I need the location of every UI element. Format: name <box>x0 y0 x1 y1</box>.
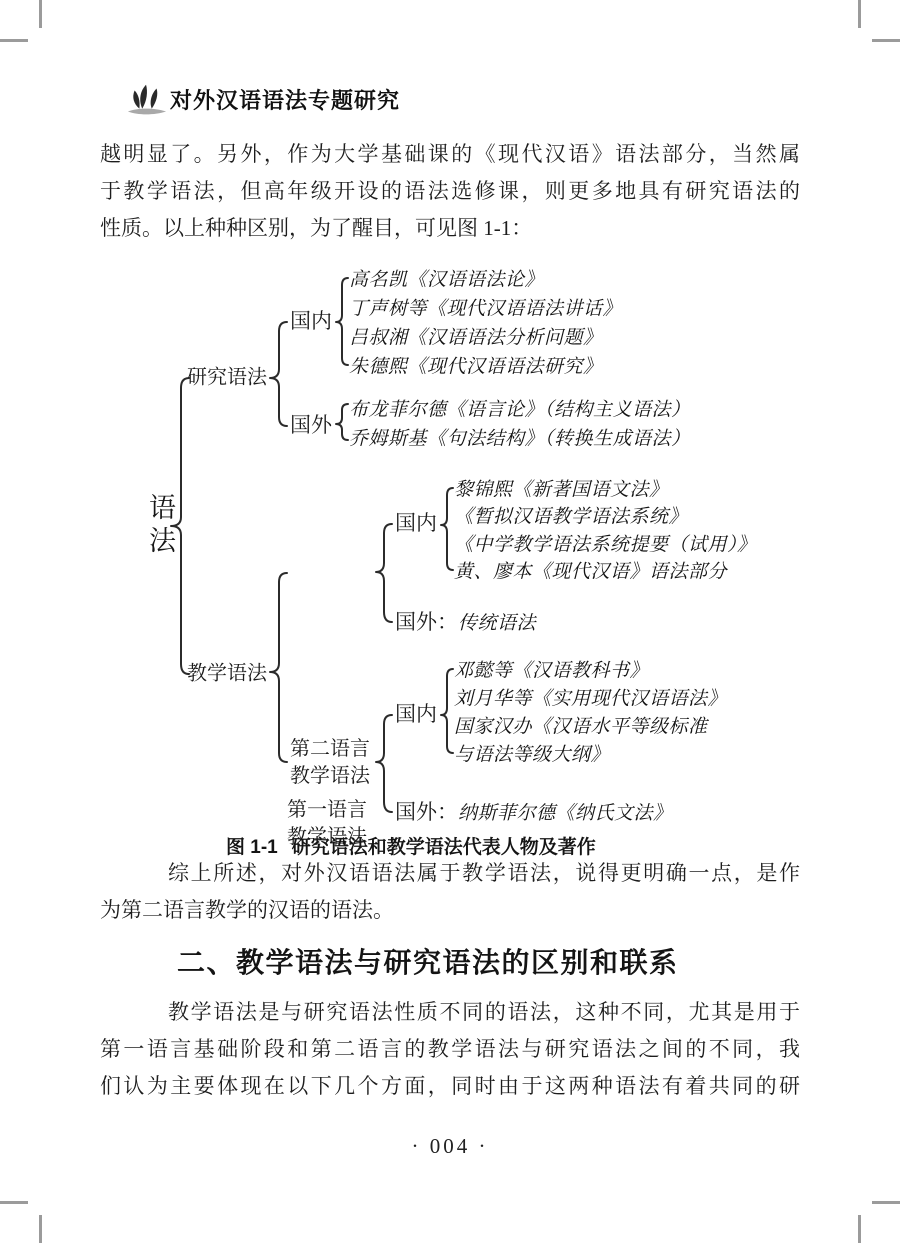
work-item: 布龙菲尔德《语言论》（结构主义语法） <box>349 395 691 422</box>
body-line: 为第二语言教学的汉语的语法。 <box>100 892 800 929</box>
node-second-language-label: 第二语言 教学语法 <box>290 736 370 790</box>
body-line: 综上所述，对外汉语语法属于教学语法，说得更明确一点，是作 <box>100 855 800 892</box>
body-line: 们认为主要体现在以下几个方面，同时由于这两种语法有着共同的研 <box>100 1068 800 1105</box>
brace-first-domestic <box>441 488 453 570</box>
node-first-domestic: 国内 <box>395 511 437 537</box>
node-teaching-grammar: 教学语法 <box>187 662 267 687</box>
brace-first-language <box>376 524 392 622</box>
paragraph-2: 综上所述，对外汉语语法属于教学语法，说得更明确一点，是作 为第二语言教学的汉语的… <box>100 855 800 929</box>
crop-mark-top-left-h <box>0 39 28 42</box>
body-line: 越明显了。另外，作为大学基础课的《现代汉语》语法部分，当然属 <box>100 136 800 173</box>
page-number: · 004 · <box>100 1134 800 1159</box>
node-first-foreign-row: 国外：传统语法 <box>395 608 536 636</box>
crop-mark-bottom-left-v <box>39 1215 42 1243</box>
crop-mark-bottom-right-h <box>872 1201 900 1204</box>
work-item: 《暂拟汉语教学语法系统》 <box>454 502 688 529</box>
node-second-domestic: 国内 <box>395 702 437 728</box>
brace-research-foreign <box>336 404 348 440</box>
work-item: 纳斯菲尔德《纳氏文法》 <box>458 803 673 824</box>
brace-second-language <box>376 715 392 812</box>
work-item: 刘月华等《实用现代汉语语法》 <box>454 684 727 711</box>
body-line: 教学语法是与研究语法性质不同的语法，这种不同，尤其是用于 <box>100 994 800 1031</box>
crop-mark-top-right-v <box>858 0 861 28</box>
brace-research-domestic <box>336 278 348 365</box>
paragraph-3: 教学语法是与研究语法性质不同的语法，这种不同，尤其是用于 第一语言基础阶段和第二… <box>100 994 800 1105</box>
work-item: 与语法等级大纲》 <box>454 740 610 767</box>
node-research-foreign: 国外 <box>290 413 332 439</box>
work-item: 高名凯《汉语语法论》 <box>349 265 544 292</box>
crop-mark-bottom-left-h <box>0 1201 28 1204</box>
work-item: 吕叔湘《汉语语法分析问题》 <box>349 323 603 350</box>
label-line: 第一语言 <box>287 797 367 824</box>
work-item: 黄、廖本《现代汉语》语法部分 <box>454 557 727 584</box>
label-line: 教学语法 <box>290 763 370 790</box>
label-line: 第二语言 <box>290 736 370 763</box>
node-grammar-root: 语法 <box>141 493 180 559</box>
work-item: 乔姆斯基《句法结构》（转换生成语法） <box>349 424 691 451</box>
work-item: 朱德熙《现代汉语语法研究》 <box>349 352 603 379</box>
work-item: 《中学教学语法系统提要（试用）》 <box>454 530 757 557</box>
body-line: 第一语言基础阶段和第二语言的教学语法与研究语法之间的不同，我 <box>100 1031 800 1068</box>
brace-second-domestic <box>441 669 453 753</box>
foreign-label: 国外： <box>395 611 458 634</box>
crop-mark-top-right-h <box>872 39 900 42</box>
crop-mark-top-left-v <box>39 0 42 28</box>
brace-research <box>270 322 287 426</box>
leaf-logo-icon <box>126 82 168 118</box>
body-line: 于教学语法，但高年级开设的语法选修课，则更多地具有研究语法的 <box>100 173 800 210</box>
crop-mark-bottom-right-v <box>858 1215 861 1243</box>
node-research-grammar: 研究语法 <box>187 366 267 391</box>
work-item: 邓懿等《汉语教科书》 <box>454 656 649 683</box>
book-page: 对外汉语语法专题研究 越明显了。另外，作为大学基础课的《现代汉语》语法部分，当然… <box>0 0 900 1243</box>
figure-1-1: 语法 研究语法 教学语法 国内 高名凯《汉语语法论》 丁声树等《现代汉语语法讲话… <box>100 250 800 830</box>
work-item: 丁声树等《现代汉语语法讲话》 <box>349 294 622 321</box>
node-research-domestic: 国内 <box>290 309 332 335</box>
node-second-foreign-row: 国外：纳斯菲尔德《纳氏文法》 <box>395 798 673 826</box>
paragraph-1: 越明显了。另外，作为大学基础课的《现代汉语》语法部分，当然属 于教学语法，但高年… <box>100 136 800 247</box>
book-title: 对外汉语语法专题研究 <box>170 84 400 115</box>
body-line: 性质。以上种种区别，为了醒目，可见图 1-1： <box>100 210 800 247</box>
work-item: 传统语法 <box>458 613 536 634</box>
foreign-label: 国外： <box>395 801 458 824</box>
section-heading: 二、教学语法与研究语法的区别和联系 <box>177 941 679 981</box>
work-item: 国家汉办《汉语水平等级标准 <box>454 712 708 739</box>
work-item: 黎锦熙《新著国语文法》 <box>454 475 669 502</box>
brace-teaching <box>270 573 287 762</box>
